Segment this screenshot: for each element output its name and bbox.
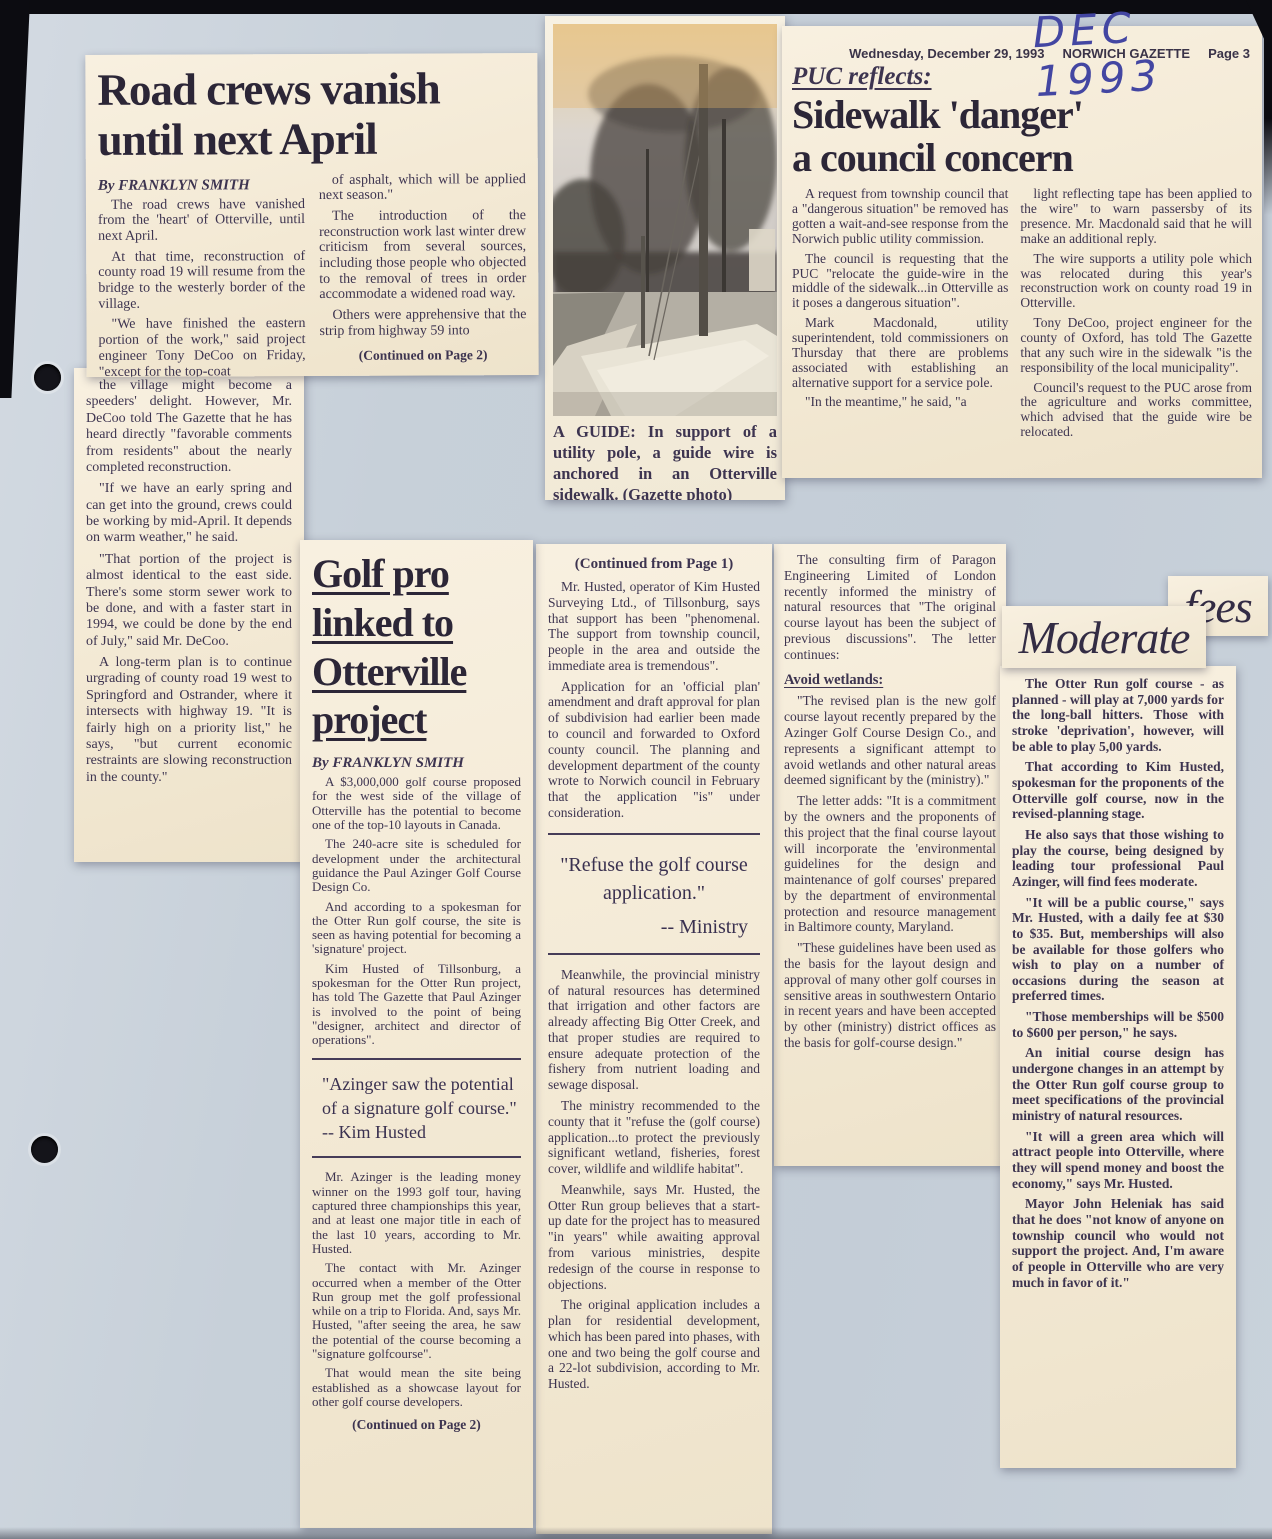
sidewalk-col2-text: light reflecting tape has been applied t… — [1020, 187, 1252, 440]
paragraph: Mr. Azinger is the leading money winner … — [312, 1170, 521, 1256]
paragraph: Meanwhile, says Mr. Husted, the Otter Ru… — [548, 1182, 760, 1292]
paragraph: The letter adds: "It is a commitment by … — [784, 793, 996, 935]
sidewalk-headline: Sidewalk 'danger' a council concern — [792, 93, 1252, 179]
paragraph: "Those memberships will be $500 to $600 … — [1012, 1009, 1224, 1040]
continued-col2a-text: The consulting firm of Paragon Engineeri… — [784, 552, 996, 662]
road-crews-continuation-text: the village might become a speeders' del… — [86, 378, 292, 786]
continued-col1b-text: Meanwhile, the provincial ministry of na… — [548, 967, 760, 1392]
golf-headline: Golf pro linked to Otterville project — [312, 550, 521, 745]
road-crews-column-1: By FRANKLYN SMITH The road crews have va… — [98, 173, 306, 377]
paragraph: Mayor John Heleniak has said that he doe… — [1012, 1196, 1224, 1290]
golf-text-part2: Mr. Azinger is the leading money winner … — [312, 1170, 521, 1409]
sidewalk-col1-text: A request from township council that a "… — [792, 187, 1008, 440]
sepia-fade — [553, 24, 777, 108]
fees-text: The Otter Run golf course - as planned -… — [1012, 676, 1224, 1290]
distant-building — [749, 229, 775, 291]
paragraph: The original application includes a plan… — [548, 1297, 760, 1392]
clipping-continued-right-column: The consulting firm of Paragon Engineeri… — [774, 544, 1006, 1166]
avoid-wetlands-subhead: Avoid wetlands: — [784, 672, 996, 689]
golf-continued-note: (Continued on Page 2) — [312, 1417, 521, 1433]
paragraph: And according to a spokesman for the Ott… — [312, 900, 521, 957]
scrapbook-page: DEC 1993 Road crews vanish until next Ap… — [0, 0, 1272, 1539]
clipping-continued-left-column: (Continued from Page 1) Mr. Husted, oper… — [536, 544, 772, 1534]
moderate-headline-scrap: Moderate — [1002, 606, 1206, 668]
paragraph: Tony DeCoo, project engineer for the cou… — [1020, 316, 1252, 375]
paragraph: Application for an 'official plan' amend… — [548, 679, 760, 821]
paragraph: That would mean the site being establish… — [312, 1366, 521, 1409]
road-crews-continued-note: (Continued on Page 2) — [320, 347, 527, 364]
golf-headline-line4: project — [312, 696, 521, 745]
paragraph: Mark Macdonald, utility superintendent, … — [792, 316, 1008, 390]
road-crews-headline: Road crews vanish until next April — [97, 63, 525, 166]
clipping-road-crews: Road crews vanish until next April By FR… — [85, 53, 538, 377]
paragraph: An initial course design has undergone c… — [1012, 1045, 1224, 1123]
paragraph: A request from township council that a "… — [792, 187, 1008, 246]
binder-hole-top — [34, 364, 61, 391]
ministry-pullquote: "Refuse the golf course application." --… — [548, 833, 760, 955]
scan-edge-left — [0, 0, 30, 398]
sidewalk-headline-line2: a council concern — [792, 136, 1252, 179]
continued-col1a-text: Mr. Husted, operator of Kim Husted Surve… — [548, 579, 760, 821]
paragraph: Kim Husted of Tillsonburg, a spokesman f… — [312, 962, 521, 1048]
paragraph: The 240-acre site is scheduled for devel… — [312, 837, 521, 894]
tree-trunk — [646, 149, 649, 299]
paragraph: Mr. Husted, operator of Kim Husted Surve… — [548, 579, 760, 674]
paragraph: of asphalt, which will be applied next s… — [319, 172, 526, 204]
paragraph: "It will a green area which will attract… — [1012, 1129, 1224, 1192]
road-crews-col1-text: The road crews have vanished from the 'h… — [98, 197, 306, 377]
golf-pullquote: "Azinger saw the potential of a signatur… — [312, 1058, 521, 1159]
paragraph: The Otter Run golf course - as planned -… — [1012, 676, 1224, 754]
paragraph: the village might become a speeders' del… — [86, 378, 292, 476]
paragraph: "It will be a public course," says Mr. H… — [1012, 895, 1224, 1005]
paragraph: light reflecting tape has been applied t… — [1020, 187, 1252, 246]
clipping-photo: A GUIDE: In support of a utility pole, a… — [545, 16, 785, 500]
road-crews-byline: By FRANKLYN SMITH — [98, 177, 305, 195]
paragraph: "That portion of the project is almost i… — [86, 552, 292, 650]
golf-headline-line3: Otterville — [312, 648, 521, 697]
paragraph: The council is requesting that the PUC "… — [792, 252, 1008, 311]
tree-trunk-2 — [722, 119, 726, 304]
paragraph: The consulting firm of Paragon Engineeri… — [784, 552, 996, 662]
anchor-post — [641, 236, 645, 348]
road-crews-col2-text: of asphalt, which will be applied next s… — [319, 172, 527, 340]
binder-hole-bottom — [31, 1136, 58, 1163]
paragraph: The wire supports a utility pole which w… — [1020, 252, 1252, 311]
paragraph: He also says that those wishing to play … — [1012, 827, 1224, 890]
news-photo — [553, 24, 777, 416]
paragraph: A long-term plan is to continue urgradin… — [86, 655, 292, 786]
clipping-road-crews-continuation: the village might become a speeders' del… — [74, 368, 304, 862]
paragraph: Council's request to the PUC arose from … — [1020, 381, 1252, 440]
golf-headline-line1: Golf pro — [312, 550, 521, 599]
paragraph: At that time, reconstruction of county r… — [98, 249, 305, 313]
ministry-pullquote-attribution: -- Ministry — [552, 913, 756, 941]
paragraph: "In the meantime," he said, "a — [792, 395, 1008, 410]
paragraph: "If we have an early spring and can get … — [86, 481, 292, 547]
clipping-golf-pro: Golf pro linked to Otterville project By… — [300, 540, 533, 1528]
paragraph: "The revised plan is the new golf course… — [784, 693, 996, 788]
handwritten-date: DEC 1993 — [1032, 0, 1272, 106]
ministry-pullquote-line2: application." — [552, 879, 756, 907]
paragraph: "We have finished the eastern portion of… — [98, 317, 305, 377]
sidewalk-headline-line1: Sidewalk 'danger' — [792, 93, 1252, 136]
road-crews-column-2: of asphalt, which will be applied next s… — [319, 172, 527, 377]
moderate-headline-word: Moderate — [1019, 611, 1190, 664]
paragraph: A $3,000,000 golf course proposed for th… — [312, 775, 521, 832]
photo-vignette — [553, 392, 777, 416]
continued-from-header: (Continued from Page 1) — [548, 556, 760, 573]
paragraph: "These guidelines have been used as the … — [784, 940, 996, 1050]
masthead-date: Wednesday, December 29, 1993 — [849, 46, 1044, 61]
clipping-moderate-fees: The Otter Run golf course - as planned -… — [1000, 666, 1236, 1468]
golf-headline-line2: linked to — [312, 599, 521, 648]
paragraph: The road crews have vanished from the 'h… — [98, 197, 305, 245]
ministry-pullquote-line1: "Refuse the golf course — [552, 851, 756, 879]
paragraph: That according to Kim Husted, spokesman … — [1012, 759, 1224, 822]
paragraph: The contact with Mr. Azinger occurred wh… — [312, 1261, 521, 1361]
golf-byline: By FRANKLYN SMITH — [312, 755, 521, 772]
paragraph: The introduction of the reconstruction w… — [319, 208, 526, 303]
paragraph: Meanwhile, the provincial ministry of na… — [548, 967, 760, 1093]
continued-col2b-text: "The revised plan is the new golf course… — [784, 693, 996, 1050]
photo-caption: A GUIDE: In support of a utility pole, a… — [553, 422, 777, 500]
golf-text-part1: A $3,000,000 golf course proposed for th… — [312, 775, 521, 1047]
scan-edge-bottom — [0, 1527, 1272, 1539]
paragraph: The ministry recommended to the county t… — [548, 1098, 760, 1177]
paragraph: Others were apprehensive that the strip … — [319, 307, 526, 339]
